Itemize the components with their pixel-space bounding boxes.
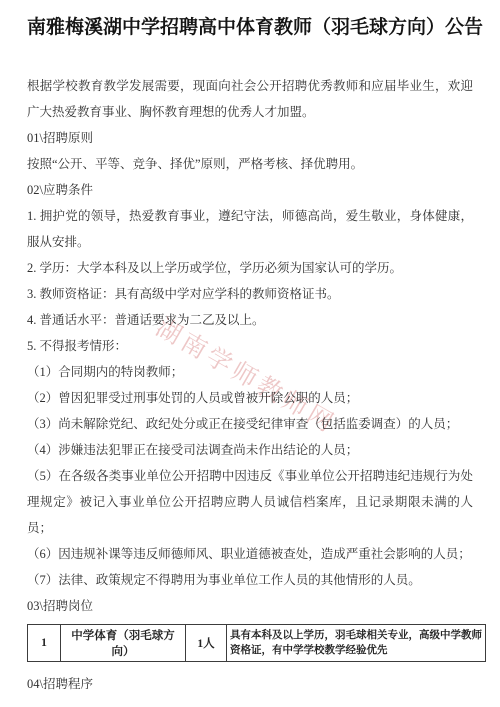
section-heading-03: 03\招聘岗位 [27, 593, 473, 619]
cell-position-requirements: 具有本科及以上学历，羽毛球相关专业，高级中学教师资格证，有中学学校教学经验优先 [227, 625, 486, 662]
disqualify-item-2: （2）曾因犯罪受过刑事处罚的人员或曾被开除公职的人员； [27, 385, 473, 411]
disqualify-item-1: （1）合同期内的特岗教师； [27, 359, 473, 385]
page-title: 南雅梅溪湖中学招聘高中体育教师（羽毛球方向）公告 [27, 14, 473, 42]
table-row: 1 中学体育（羽毛球方向） 1人 具有本科及以上学历，羽毛球相关专业，高级中学教… [28, 625, 486, 662]
positions-table: 1 中学体育（羽毛球方向） 1人 具有本科及以上学历，羽毛球相关专业，高级中学教… [27, 624, 486, 662]
section-heading-01: 01\招聘原则 [27, 125, 473, 151]
condition-item-2: 2. 学历：大学本科及以上学历或学位，学历必须为国家认可的学历。 [27, 255, 473, 281]
document-content: 南雅梅溪湖中学招聘高中体育教师（羽毛球方向）公告 根据学校教育教学发展需要，现面… [0, 0, 500, 697]
disqualify-item-3: （3）尚未解除党纪、政纪处分或正在接受纪律审查（包括监委调查）的人员； [27, 411, 473, 437]
paragraph-principle: 按照“公开、平等、竞争、择优”原则，严格考核、择优聘用。 [27, 151, 473, 177]
cell-position-name: 中学体育（羽毛球方向） [61, 625, 186, 662]
disqualify-item-5: （5）在各级各类事业单位公开招聘中因违反《事业单位公开招聘违纪违规行为处理规定》… [27, 463, 473, 541]
cell-position-number: 1 [28, 625, 61, 662]
disqualify-item-4: （4）涉嫌违法犯罪正在接受司法调查尚未作出结论的人员； [27, 437, 473, 463]
cell-position-count: 1人 [186, 625, 227, 662]
section-heading-02: 02\应聘条件 [27, 177, 473, 203]
section-heading-04: 04\招聘程序 [27, 671, 473, 697]
condition-item-5: 5. 不得报考情形： [27, 333, 473, 359]
intro-paragraph: 根据学校教育教学发展需要，现面向社会公开招聘优秀教师和应届毕业生，欢迎广大热爱教… [27, 73, 473, 125]
condition-item-3: 3. 教师资格证：具有高级中学对应学科的教师资格证书。 [27, 281, 473, 307]
condition-item-1: 1. 拥护党的领导，热爱教育事业，遵纪守法，师德高尚，爱生敬业，身体健康，服从安… [27, 203, 473, 255]
disqualify-item-7: （7）法律、政策规定不得聘用为事业单位工作人员的其他情形的人员。 [27, 567, 473, 593]
document-page: 湖南学师教师网 南雅梅溪湖中学招聘高中体育教师（羽毛球方向）公告 根据学校教育教… [0, 0, 500, 707]
condition-item-4: 4. 普通话水平：普通话要求为二乙及以上。 [27, 307, 473, 333]
disqualify-item-6: （6）因违规补课等违反师德师风、职业道德被查处，造成严重社会影响的人员； [27, 541, 473, 567]
